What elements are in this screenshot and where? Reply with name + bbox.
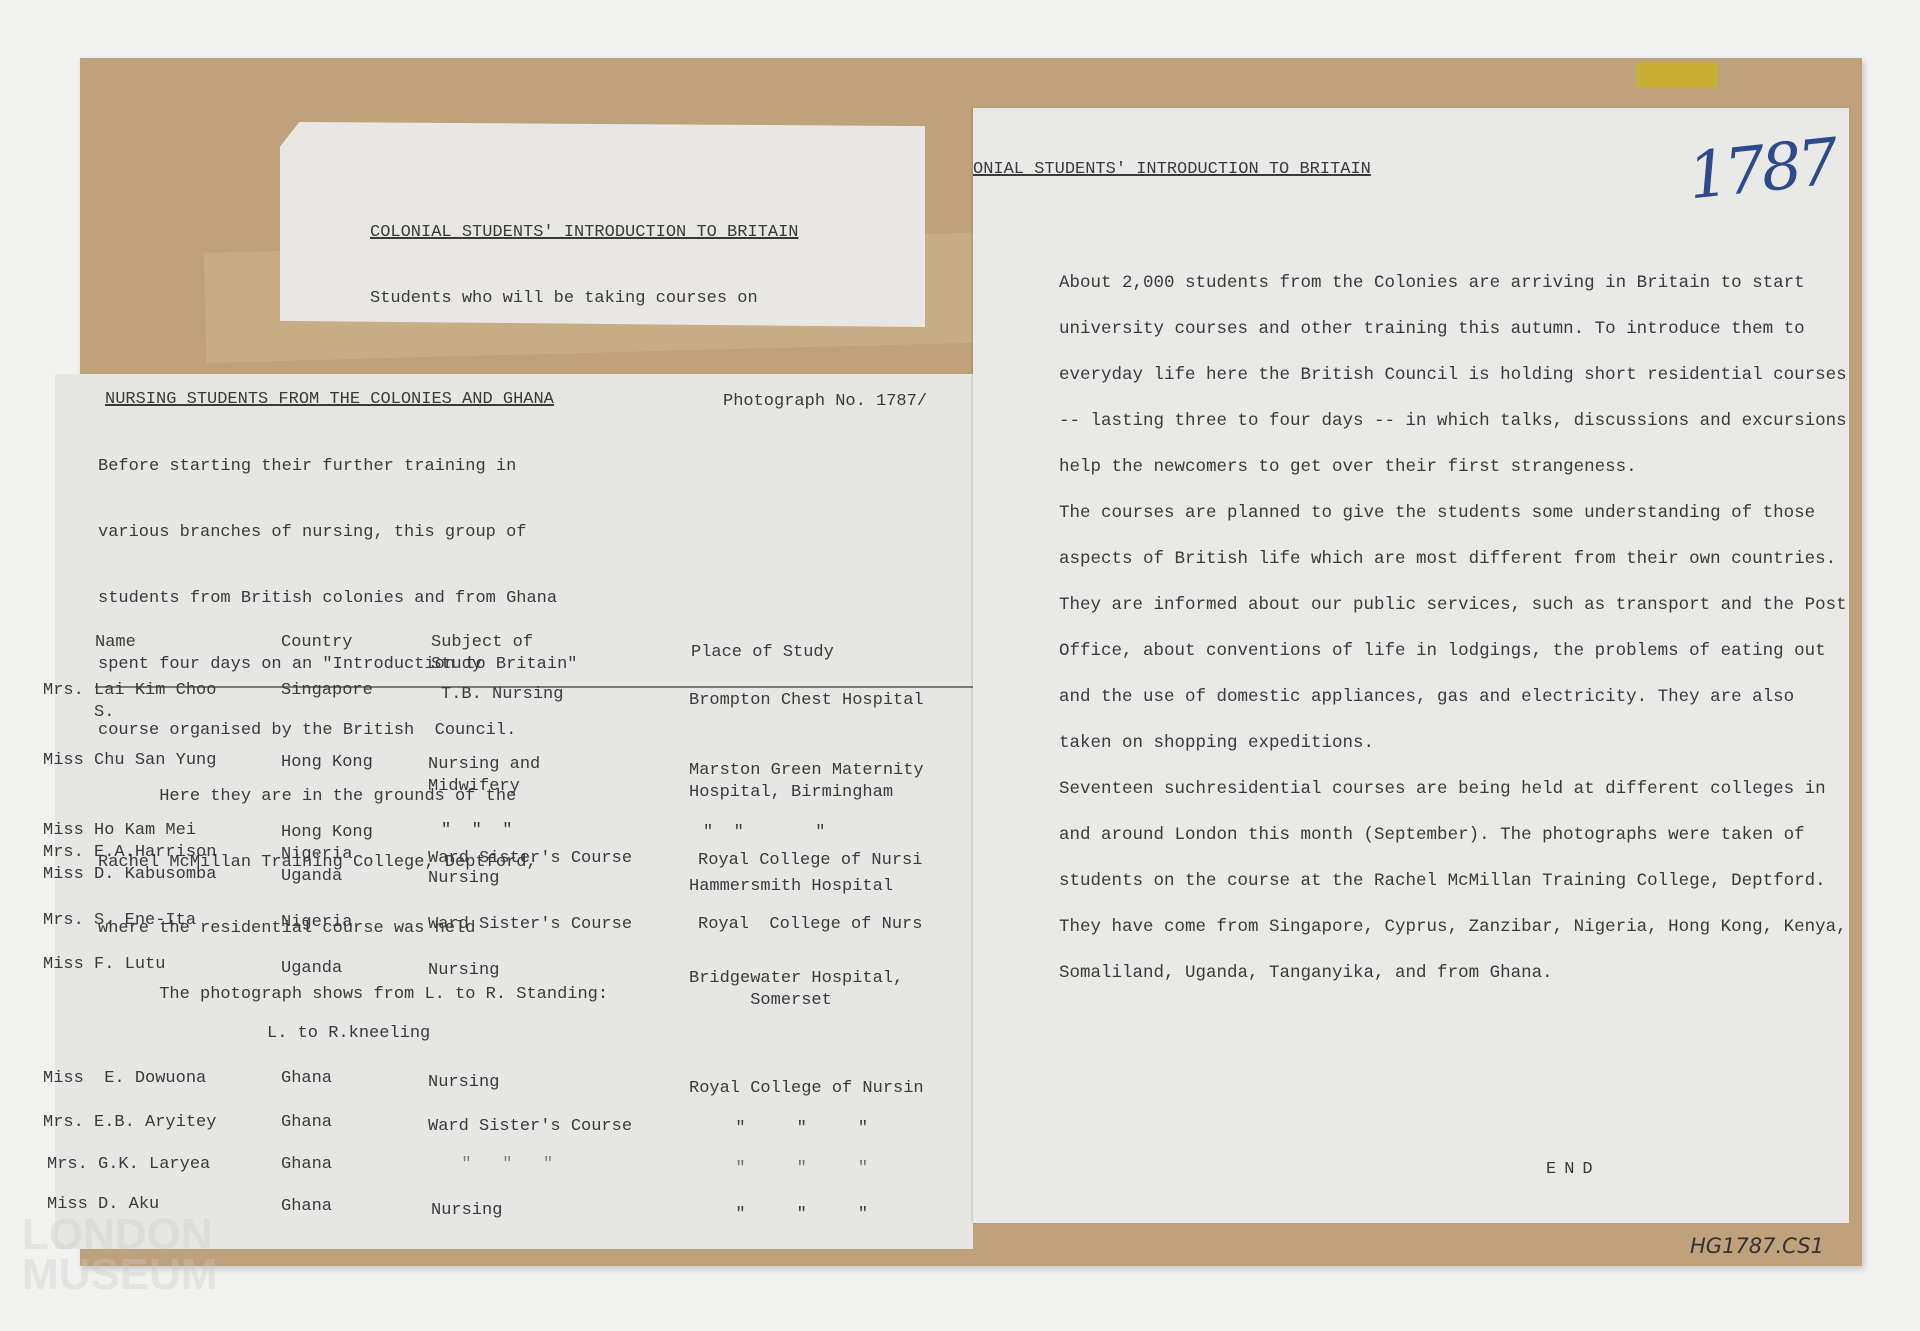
kneeling-label: L. to R.kneeling: [267, 1024, 430, 1043]
caption-title: COLONIAL STUDENTS' INTRODUCTION TO BRITA…: [370, 222, 798, 244]
yellow-tape-residue: [1636, 62, 1718, 88]
right-page-title: ONIAL STUDENTS' INTRODUCTION TO BRITAIN: [973, 160, 1371, 179]
column-header-subject: Subject of Study: [431, 632, 533, 676]
caption-slip: COLONIAL STUDENTS' INTRODUCTION TO BRITA…: [280, 122, 925, 327]
column-header-place: Place of Study: [691, 642, 834, 664]
column-header-name: Name: [95, 632, 136, 654]
paragraph: Seventeen suchresidential courses are be…: [987, 766, 1847, 996]
column-header-country: Country: [281, 632, 352, 654]
paragraph: About 2,000 students from the Colonies a…: [987, 260, 1847, 490]
accession-number: HG1787.CS1: [1690, 1234, 1824, 1258]
photo-reference: Photograph No. 1787/: [723, 392, 927, 411]
left-page-title: NURSING STUDENTS FROM THE COLONIES AND G…: [105, 390, 554, 409]
intro-text: Before starting their further training i…: [98, 412, 608, 1050]
left-page: NURSING STUDENTS FROM THE COLONIES AND G…: [55, 374, 973, 1249]
right-page: ONIAL STUDENTS' INTRODUCTION TO BRITAIN …: [973, 108, 1849, 1223]
end-mark: END: [1546, 1160, 1601, 1179]
handwritten-number: 1787: [1685, 126, 1839, 215]
article-body: About 2,000 students from the Colonies a…: [987, 260, 1847, 996]
museum-watermark: LONDON MUSEUM: [22, 1215, 218, 1295]
paragraph: The courses are planned to give the stud…: [987, 490, 1847, 766]
caption-line: Students who will be taking courses on: [370, 288, 798, 310]
